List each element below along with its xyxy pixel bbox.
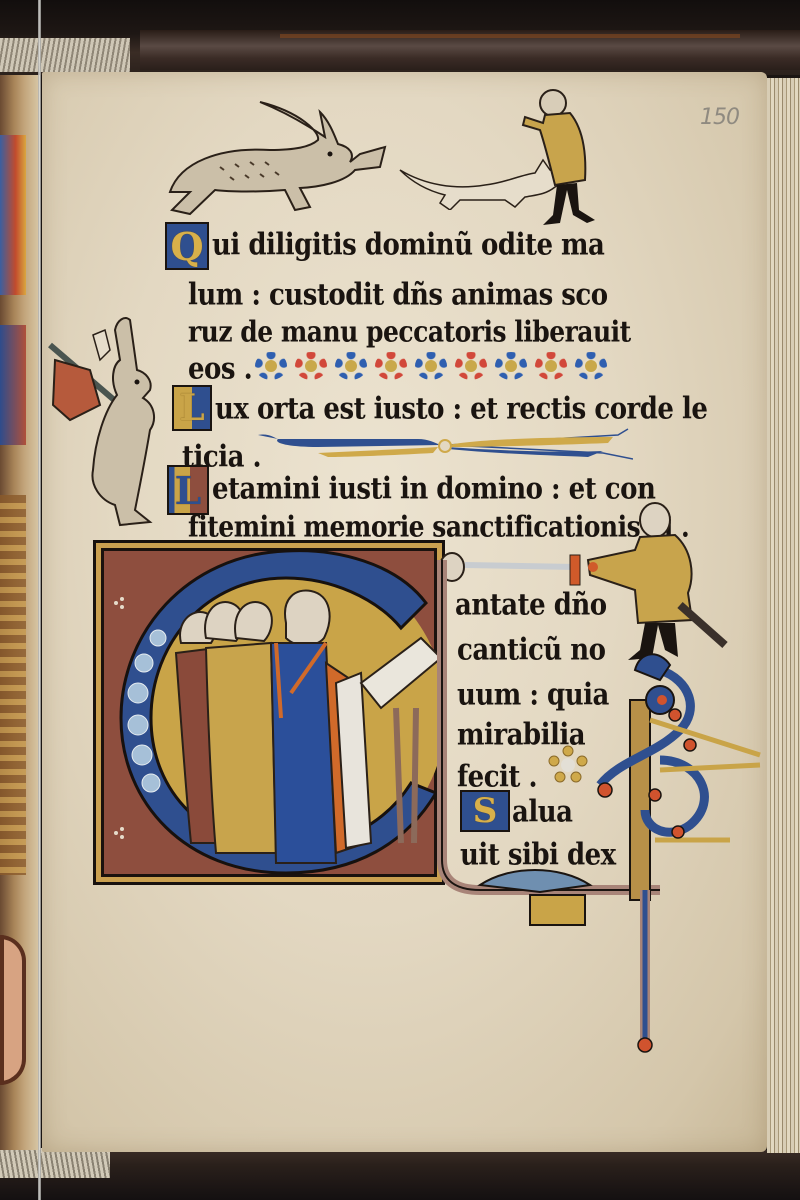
initial-l-2: L bbox=[167, 465, 209, 515]
folio-number: 150 bbox=[700, 105, 739, 130]
flower-icon bbox=[495, 352, 527, 380]
hare-trumpet-drollery bbox=[160, 92, 390, 222]
headband bbox=[0, 38, 130, 72]
text-line-4: eos . bbox=[188, 352, 252, 387]
facing-page-edge bbox=[0, 75, 40, 1150]
miniature-painting bbox=[96, 543, 442, 882]
initial-l-1: L bbox=[172, 385, 212, 431]
flower-line-filler bbox=[255, 352, 607, 380]
flower-icon bbox=[415, 352, 447, 380]
flower-icon bbox=[295, 352, 327, 380]
flower-icon bbox=[255, 352, 287, 380]
gutter-glass-edge bbox=[38, 0, 41, 1200]
text-line-3: ruz de manu peccatoris liberauit bbox=[188, 315, 631, 348]
flower-icon bbox=[455, 352, 487, 380]
gold-blue-line-filler bbox=[258, 425, 633, 465]
text-line-2: lum : custodit dñs animas sco bbox=[188, 278, 608, 313]
text-line-5: ux orta est iusto : et rectis corde le bbox=[215, 392, 707, 427]
border-bar-dragons bbox=[430, 560, 775, 1060]
flower-icon bbox=[535, 352, 567, 380]
historiated-initial-c bbox=[93, 540, 445, 885]
headband-bottom bbox=[0, 1148, 110, 1178]
hare-carrying-hunter-drollery bbox=[45, 310, 175, 540]
flower-icon bbox=[375, 352, 407, 380]
book-binding-bottom bbox=[0, 1150, 800, 1200]
man-figure-top bbox=[515, 85, 610, 230]
flower-icon bbox=[575, 352, 607, 380]
flower-icon bbox=[335, 352, 367, 380]
initial-q: Q bbox=[165, 222, 209, 270]
binding-spine-top bbox=[140, 30, 800, 70]
text-line-1: ui diligitis dominũ odite ma bbox=[212, 228, 604, 263]
